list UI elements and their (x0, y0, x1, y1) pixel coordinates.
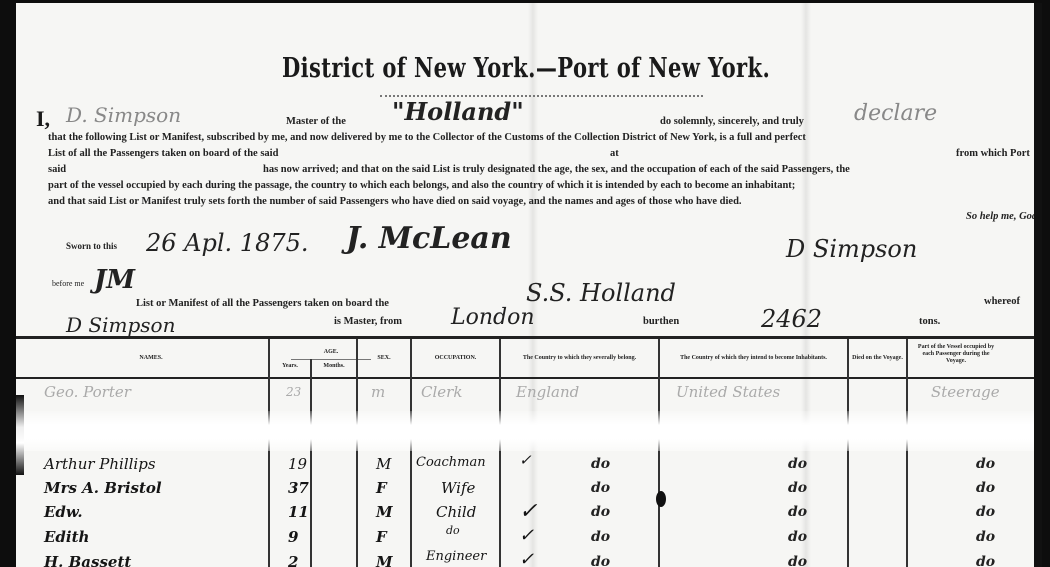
declaration-line-6: and that said List or Manifest truly set… (48, 196, 742, 207)
row-name: Edw. (44, 503, 83, 521)
header-country-intend: The Country of which they intend to beco… (660, 355, 847, 362)
header-part-vessel: Part of the Vessel occupied by each Pass… (916, 344, 996, 365)
declaration-line-4-said: said (48, 164, 66, 175)
row-part-vessel: do (976, 529, 995, 545)
row-name: Mrs A. Bristol (44, 479, 162, 497)
from-port-handwritten: London (451, 305, 535, 330)
row-sex: M (376, 455, 391, 473)
faint-row-years: 23 (286, 385, 301, 399)
row-country-intend: do (788, 480, 807, 496)
row-country-belong: do (591, 480, 610, 496)
row-part-vessel: do (976, 456, 995, 472)
row-check: ✓ (519, 499, 537, 524)
oath-date-handwritten: 26 Apl. 1875. (146, 229, 309, 257)
row-country-belong: do (591, 504, 610, 520)
col-divider (310, 359, 312, 567)
row-name: Edith (44, 528, 89, 546)
row-name: Arthur Phillips (44, 455, 156, 473)
vessel-handwritten: S.S. Holland (526, 279, 676, 307)
row-country-belong: do (591, 554, 610, 567)
tons-label: tons. (919, 316, 940, 327)
row-country-belong: do (591, 529, 610, 545)
officer-initials: JM (94, 265, 135, 295)
row-years: 19 (288, 455, 307, 473)
header-months: Months. (312, 363, 356, 370)
row-sex: F (376, 528, 387, 546)
row-occupation: Wife (441, 479, 475, 497)
row-country-intend: do (788, 529, 807, 545)
col-divider (658, 339, 660, 567)
row-sex: M (376, 553, 393, 567)
declaration-opening: I, (36, 106, 50, 132)
declaration-line-3-right: from which Port (956, 148, 1030, 159)
officer-signature: J. McLean (346, 221, 512, 256)
row-occupation: Child (436, 503, 476, 521)
row-country-intend: do (788, 456, 807, 472)
faint-row-sex: m (371, 383, 385, 401)
is-master-from-label: is Master, from (334, 316, 402, 327)
table-top-rule (16, 336, 1036, 339)
header-sex: SEX. (358, 355, 410, 362)
header-years: Years. (270, 363, 310, 370)
scan-gap-edge (16, 395, 24, 475)
declaration-line-5: part of the vessel occupied by each duri… (48, 180, 795, 191)
declare-handwritten: declare (854, 101, 937, 126)
row-years: 9 (288, 528, 298, 546)
document-title: District of New York.—Port of New York. (282, 53, 770, 84)
declaration-line-3-left: List of all the Passengers taken on boar… (48, 148, 278, 159)
header-names: NAMES. (46, 355, 256, 362)
row-years: 2_ (288, 553, 306, 567)
manifest-page: District of New York.—Port of New York. … (16, 3, 1042, 567)
ink-blot (656, 491, 666, 507)
manifest-master-handwritten: D Simpson (66, 313, 175, 337)
row-part-vessel: do (976, 554, 995, 567)
so-help-me-god: So help me, God. (966, 211, 1040, 222)
master-signature: D Simpson (786, 235, 917, 263)
row-sex: M (376, 503, 393, 521)
row-country-intend: do (788, 504, 807, 520)
declaration-line-4: has now arrived; and that on the said Li… (263, 164, 850, 175)
tonnage-handwritten: 2462 (761, 305, 822, 333)
sworn-label: Sworn to this (66, 241, 117, 251)
declaration-line-2: that the following List or Manifest, sub… (48, 132, 806, 143)
col-divider (847, 339, 849, 567)
before-me-label: before me (52, 279, 84, 288)
row-country-intend: do (788, 554, 807, 567)
row-part-vessel: do (976, 504, 995, 520)
faint-row-occupation: Clerk (421, 383, 462, 401)
faint-row-country-intend: United States (676, 383, 780, 401)
row-check: ✓ (519, 525, 534, 546)
burthen-label: burthen (643, 316, 679, 327)
row-name: H. Bassett (44, 553, 131, 567)
scan-right-edge (1034, 3, 1042, 567)
declaration-line-3-at: at (610, 148, 619, 159)
ship-name-handwritten: "Holland" (392, 97, 524, 126)
row-occupation: Coachman (416, 455, 486, 470)
whereof-label: whereof (984, 296, 1020, 307)
scan-gap (16, 411, 1042, 451)
col-divider (906, 339, 908, 567)
master-name-handwritten: D. Simpson (66, 103, 181, 127)
header-country-belong: The Country to which they severally belo… (501, 355, 658, 362)
faint-row-name: Geo. Porter (44, 383, 131, 401)
row-occupation: Engineer (426, 549, 486, 564)
list-of-label: List or Manifest of all the Passengers t… (136, 298, 389, 309)
faint-row-part-vessel: Steerage (931, 383, 1000, 401)
col-divider (499, 339, 501, 567)
table-header-rule (16, 377, 1036, 379)
row-check: ✓ (519, 549, 534, 567)
row-sex: F (376, 479, 387, 497)
row-part-vessel: do (976, 480, 995, 496)
col-divider (356, 339, 358, 567)
solemnly-label: do solemnly, sincerely, and truly (660, 116, 804, 127)
col-divider (268, 339, 270, 567)
col-divider (410, 339, 412, 567)
row-check: ✓ (519, 451, 532, 469)
row-years: 37 (288, 479, 309, 497)
row-years: 11 (288, 503, 309, 521)
row-occupation: do (446, 524, 460, 537)
master-of-the-label: Master of the (286, 116, 346, 127)
header-died: Died on the Voyage. (849, 355, 906, 362)
row-country-belong: do (591, 456, 610, 472)
header-occupation: OCCUPATION. (412, 355, 499, 362)
faint-row-country-belong: England (516, 383, 579, 401)
